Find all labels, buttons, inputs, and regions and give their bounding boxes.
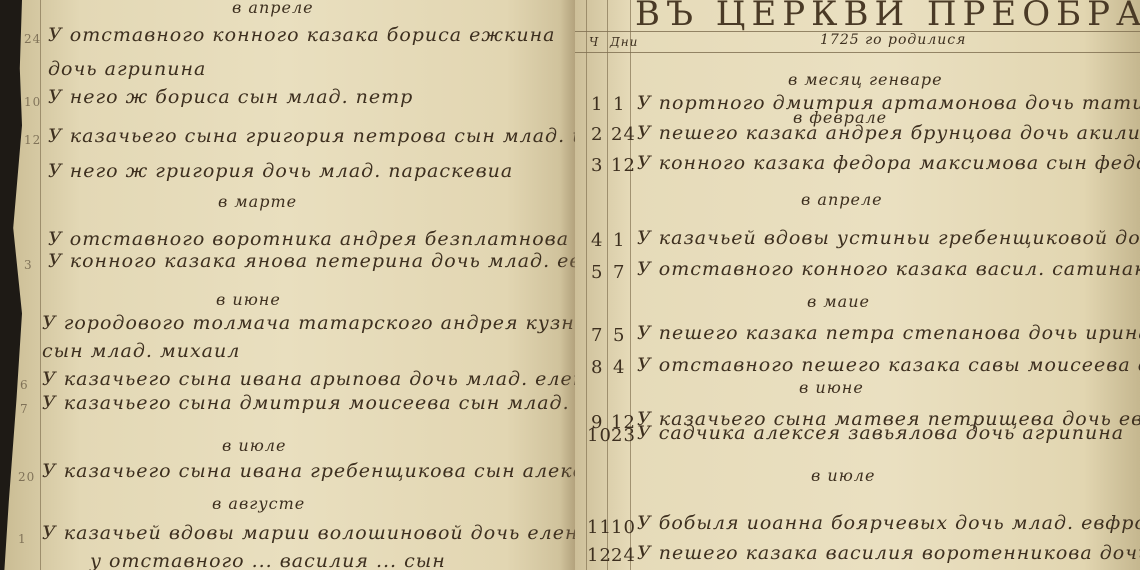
entry-text: У отставного конного казака бориса ежкин… — [48, 24, 555, 46]
month-heading: в апреле — [232, 0, 314, 17]
month-heading: в месяц генваре — [788, 70, 943, 89]
entry-day: 23 — [611, 425, 636, 446]
entry-number: 7 — [591, 325, 603, 346]
day-number: 1 — [18, 532, 27, 546]
entry-number: 1 — [591, 94, 603, 115]
month-heading: в июне — [799, 378, 864, 397]
entry-day: 24 — [611, 545, 636, 566]
month-heading: в июле — [811, 466, 875, 485]
day-number: 3 — [24, 258, 33, 272]
month-heading: в июле — [222, 436, 286, 455]
day-number: 7 — [20, 402, 29, 416]
entry-text: У конного казака федора максимова сын фе… — [637, 152, 1140, 174]
column-rule — [607, 0, 608, 570]
entry-day: 24 — [611, 124, 636, 145]
day-number: 10 — [24, 95, 41, 109]
left-page: в апреле 24 У отставного конного казака … — [0, 0, 575, 570]
entry-day: 7 — [613, 262, 625, 283]
entry-day: 1 — [613, 94, 625, 115]
month-heading: в маие — [807, 292, 870, 311]
entry-text: У него ж григория дочь млад. параскевиа — [48, 160, 513, 182]
entry-text: сын млад. михаил — [42, 340, 240, 362]
entry-number: 3 — [591, 155, 603, 176]
header-rule — [575, 52, 1140, 53]
entry-text: У пешего казака андрея брунцова дочь аки… — [637, 122, 1140, 144]
entry-text: У него ж бориса сын млад. петр — [48, 86, 413, 108]
entry-text: У конного казака янова петерина дочь мла… — [48, 250, 575, 272]
entry-number: 12 — [587, 545, 612, 566]
entry-text: У отставного конного казака васил. сатин… — [637, 258, 1140, 280]
entry-text: У казачьего сына григория петрова сын мл… — [48, 125, 575, 147]
entry-text: У пешего казака василия воротенникова до… — [637, 542, 1140, 564]
column-rule — [586, 0, 587, 570]
margin-rule — [40, 0, 41, 570]
entry-number: 11 — [587, 517, 612, 538]
entry-text: У казачьего сына ивана гребенщикова сын … — [42, 460, 575, 482]
day-number: 12 — [24, 133, 41, 147]
year-heading: 1725 го родилися — [820, 32, 966, 48]
torn-edge — [0, 0, 22, 570]
month-heading: в августе — [212, 494, 305, 513]
entry-text: У казачьего сына дмитрия моисеева сын мл… — [42, 392, 575, 414]
month-heading: в марте — [218, 192, 297, 211]
entry-text: У садчика алексея завьялова дочь агрипин… — [637, 422, 1124, 444]
day-number: 6 — [20, 378, 29, 392]
entry-text: У городового толмача татарского андрея к… — [42, 312, 575, 334]
entry-text: У казачьей вдовы марии волошиновой дочь … — [42, 522, 575, 544]
column-header-number: Ч — [589, 35, 599, 49]
day-number: 20 — [18, 470, 35, 484]
entry-number: 8 — [591, 357, 603, 378]
column-rule — [630, 0, 631, 570]
entry-text: У бобыля иоанна боярчевых дочь млад. евф… — [637, 512, 1140, 534]
entry-day: 10 — [611, 517, 636, 538]
entry-text: У пешего казака петра степанова дочь ири… — [637, 322, 1140, 344]
entry-text: дочь агрипина — [48, 58, 206, 80]
entry-day: 12 — [611, 155, 636, 176]
entry-number: 5 — [591, 262, 603, 283]
entry-number: 2 — [591, 124, 603, 145]
register-title: ВЪ ЦЕРКВИ ПРЕОБРАЖЕНИЯ — [635, 0, 1140, 34]
entry-number: 10 — [587, 425, 612, 446]
entry-text: У казачьей вдовы устиньи гребенщиковой д… — [637, 227, 1140, 249]
month-heading: в июне — [216, 290, 281, 309]
day-number: 24 — [24, 32, 41, 46]
entry-text: У портного дмитрия артамонова дочь татиа… — [637, 92, 1140, 114]
entry-text: у отставного ... василия ... сын — [90, 550, 446, 570]
month-heading: в апреле — [801, 190, 883, 209]
entry-text: У казачьего сына ивана арыпова дочь млад… — [42, 368, 575, 390]
entry-number: 4 — [591, 230, 603, 251]
register-spread: в апреле 24 У отставного конного казака … — [0, 0, 1140, 570]
column-header-day: Дни — [610, 35, 638, 49]
entry-day: 5 — [613, 325, 625, 346]
entry-day: 1 — [613, 230, 625, 251]
entry-day: 4 — [613, 357, 625, 378]
right-page: ВЪ ЦЕРКВИ ПРЕОБРАЖЕНИЯ 1725 го родилися … — [575, 0, 1140, 570]
entry-text: У отставного пешего казака савы моисеева… — [637, 354, 1140, 376]
entry-text: У отставного воротника андрея безплатнов… — [48, 228, 575, 250]
